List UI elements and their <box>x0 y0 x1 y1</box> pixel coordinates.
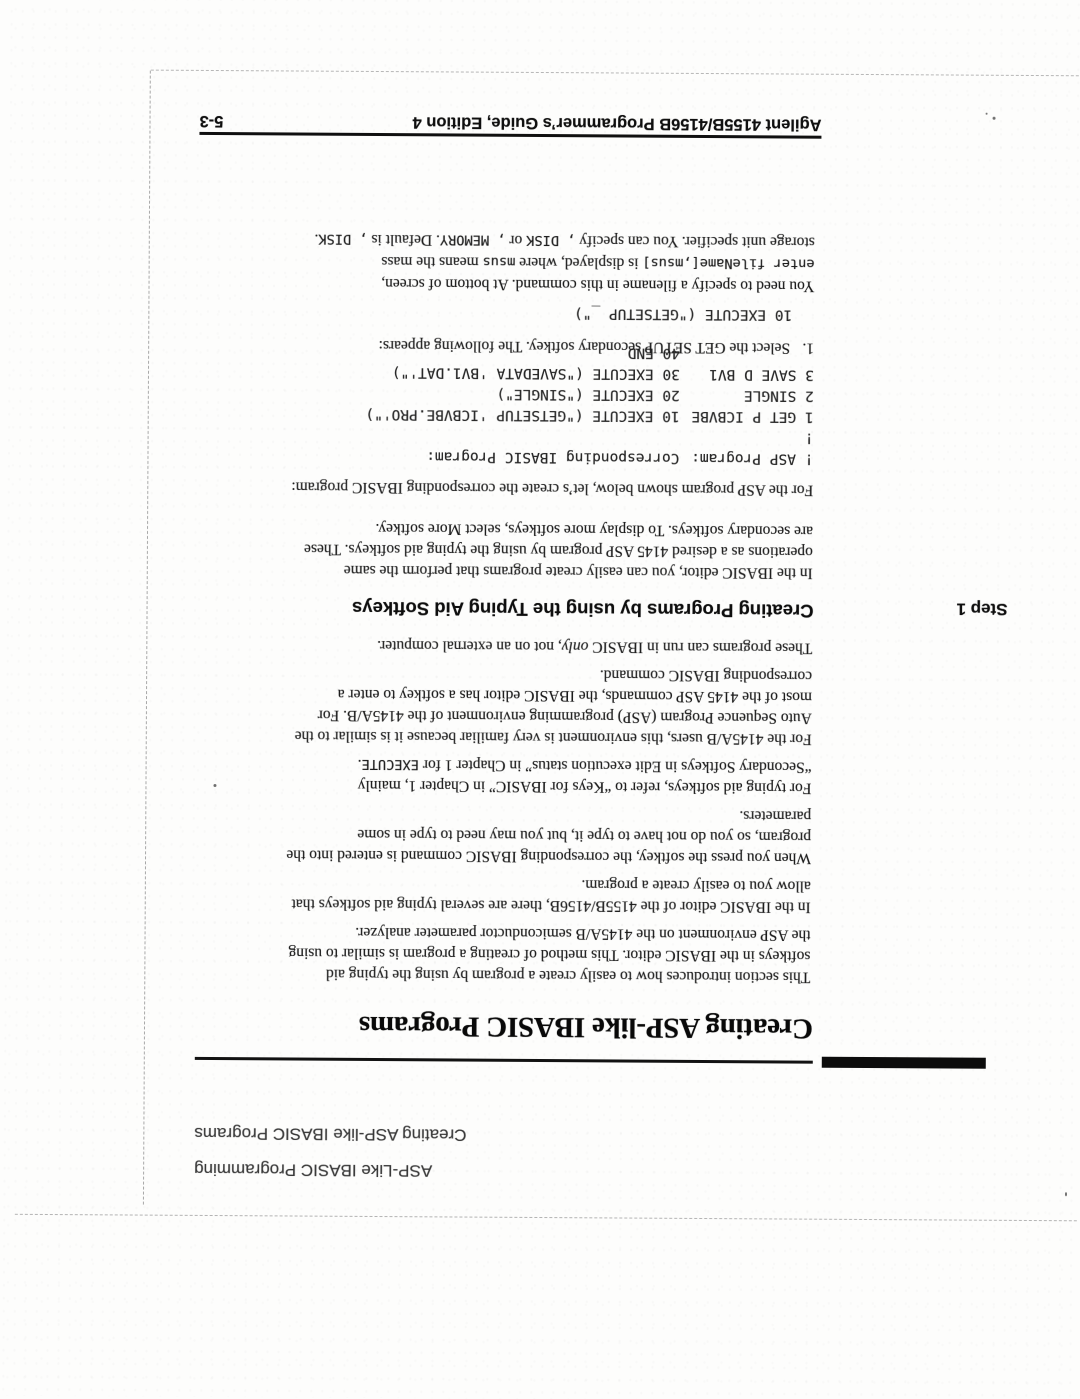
reference-paragraph: For typing aid softkeys, refer to “Keys … <box>187 752 811 799</box>
list-item-1: 1.Select the GET SETUP secondary softkey… <box>194 335 814 357</box>
press-softkey-paragraph: When you press the softkey, the correspo… <box>187 802 811 869</box>
filename-note-paragraph: You need to specify a filename in this c… <box>190 227 814 297</box>
list-item-text: Select the GET SETUP secondary softkey. … <box>379 337 791 357</box>
step-heading: Creating Programs by using the Typing Ai… <box>193 596 813 622</box>
page-number: 5-3 <box>199 111 223 130</box>
scan-speck <box>1065 1192 1067 1196</box>
editor-softkeys-paragraph: In the IBASIC editor of the 4155B/4156B,… <box>187 872 811 918</box>
running-header: ASP-Like IBASIC Programming Creating ASP… <box>194 1115 809 1191</box>
running-header-line2: Creating ASP-like IBASIC Programs <box>194 1115 809 1155</box>
footer-guide-title: Agilent 4155B/4156B Programmer’s Guide, … <box>413 112 822 133</box>
filename-note-line3: storage unit specifier. You can specify … <box>191 227 815 253</box>
page-title: Creating ASP-like IBASIC Programs <box>359 1009 813 1045</box>
typing-aid-paragraph: In the IBASIC editor, you can easily cre… <box>189 517 813 584</box>
reference-paragraph-line1: For typing aid softkeys, refer to “Keys … <box>187 774 811 799</box>
page-edge-bottom-dashed <box>151 70 1080 77</box>
intro-paragraph: This section introduces how to easily cr… <box>186 921 810 988</box>
page-edge-right-dashed <box>143 71 151 1205</box>
reference-paragraph-line2: “Secondary Softkeys in Edit execution st… <box>188 752 812 778</box>
scan-speck <box>986 113 988 115</box>
footer: Agilent 4155B/4156B Programmer’s Guide, … <box>199 111 821 134</box>
code-listing-ibasic-column: Corresponding IBASIC Program: 10 EXECUTE… <box>365 340 680 468</box>
section-rule <box>195 1057 813 1064</box>
manual-page-sheet: ASP-Like IBASIC Programming Creating ASP… <box>0 0 1080 1399</box>
ibasic-only-paragraph: These programs can run in IBASIC only, n… <box>188 634 812 659</box>
asp-environment-paragraph: For the 4145A/B users, this environment … <box>188 662 813 750</box>
scan-speck <box>213 784 216 787</box>
scan-speck <box>993 117 996 120</box>
step-label: Step 1 <box>956 599 1007 619</box>
filename-note-line1: You need to specify a filename in this c… <box>190 271 814 297</box>
filename-note-line2: enter fileName[,msus] is displayed, wher… <box>191 249 815 275</box>
running-header-line1: ASP-Like IBASIC Programming <box>194 1151 809 1191</box>
scanned-page-upside-down: ASP-Like IBASIC Programming Creating ASP… <box>0 0 1080 1399</box>
code-listing-asp-column: ! ASP Program:!1 GET P ICBVBE2 SINGLE3 S… <box>691 342 814 469</box>
code-cursor-line: 10 EXECUTE ("GETSETUP _") <box>574 303 792 324</box>
section-margin-tab <box>822 1057 986 1069</box>
list-item-number: 1. <box>790 339 814 357</box>
lets-create-paragraph: For the ASP program shown below, let’s c… <box>189 476 813 501</box>
page-edge-top-dashed <box>15 1214 1077 1221</box>
